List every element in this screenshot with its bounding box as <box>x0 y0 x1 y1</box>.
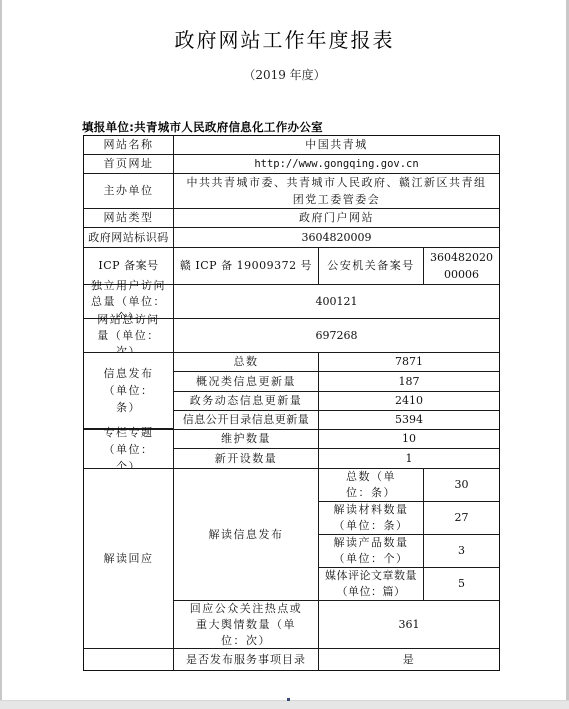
info-publish-row-label: 总数 <box>173 352 319 372</box>
interpretation-row-value: 27 <box>423 501 500 535</box>
site-name-label: 网站名称 <box>83 135 174 155</box>
sponsor-value: 中共共青城市委、共青城市人民政府、赣江新区共青组团党工委管委会 <box>173 173 500 209</box>
homepage-value: http://www.gongqing.gov.cn <box>173 154 500 174</box>
columns-row-label: 维护数量 <box>173 429 319 449</box>
total-visits-label: 网站总访问量（单位：次） <box>83 318 174 353</box>
icp-value: 赣 ICP 备 19009372 号 <box>173 247 319 285</box>
police-record-value: 36048202000006 <box>423 247 500 285</box>
service-catalog-label: 是否发布服务事项目录 <box>173 648 319 671</box>
interpretation-row-label: 解读产品数量（单位：个） <box>318 534 424 568</box>
sponsor-label: 主办单位 <box>83 173 174 209</box>
info-publish-row-value: 2410 <box>318 391 500 411</box>
columns-label: 专栏专题（单位：个） <box>83 429 174 469</box>
info-publish-label: 信息发布（单位：条） <box>83 352 174 429</box>
info-publish-row-label: 信息公开目录信息更新量 <box>173 410 319 430</box>
service-catalog-blank <box>83 648 174 671</box>
info-publish-row-label: 概况类信息更新量 <box>173 371 319 392</box>
interpretation-row-label: 媒体评论文章数量（单位：篇） <box>318 567 424 601</box>
interpretation-row-label: 解读材料数量（单位：条） <box>318 501 424 535</box>
site-id-label: 政府网站标识码 <box>83 227 174 248</box>
info-publish-row-value: 5394 <box>318 410 500 430</box>
response-label: 回应公众关注热点或重大舆情数量（单位：次） <box>173 600 319 649</box>
interpretation-row-label: 总数（单位：条） <box>318 468 424 502</box>
columns-row-label: 新开设数量 <box>173 448 319 469</box>
info-publish-row-label: 政务动态信息更新量 <box>173 391 319 411</box>
interpretation-label: 解读回应 <box>83 468 174 649</box>
site-type-value: 政府门户网站 <box>173 208 500 228</box>
site-type-label: 网站类型 <box>83 208 174 228</box>
response-value: 361 <box>318 600 500 649</box>
site-name-value: 中国共青城 <box>173 135 500 155</box>
unique-visitors-value: 400121 <box>173 284 500 319</box>
report-table: 网站名称 中国共青城 首页网址 http://www.gongqing.gov.… <box>0 0 569 709</box>
info-publish-row-value: 7871 <box>318 352 500 372</box>
interpretation-publish-label: 解读信息发布 <box>173 468 319 601</box>
columns-row-value: 10 <box>318 429 500 449</box>
service-catalog-value: 是 <box>318 648 500 671</box>
interpretation-row-value: 30 <box>423 468 500 502</box>
site-id-value: 3604820009 <box>173 227 500 248</box>
interpretation-row-value: 5 <box>423 567 500 601</box>
info-publish-row-value: 187 <box>318 371 500 392</box>
homepage-label: 首页网址 <box>83 154 174 174</box>
columns-row-value: 1 <box>318 448 500 469</box>
interpretation-row-value: 3 <box>423 534 500 568</box>
total-visits-value: 697268 <box>173 318 500 353</box>
police-record-label: 公安机关备案号 <box>318 247 424 285</box>
